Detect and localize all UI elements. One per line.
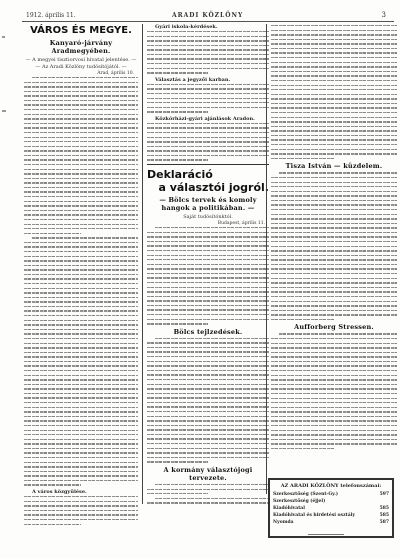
article-subtitle: — A megyei tisztiorvosi hivatal jelentés… — [24, 57, 138, 63]
issue-date: 1912. április 11. — [26, 12, 76, 19]
article-body — [271, 25, 397, 159]
phone-row: Szerkesztőség (Szent-Gy.) 597 — [273, 492, 389, 497]
phone-row: Nyomda 587 — [273, 520, 389, 525]
phone-row: Kiadóhivatal és hirdetési osztály 585 — [273, 513, 389, 518]
end-rule — [308, 534, 344, 535]
article-subhead: Bölcs tejlzedések. — [147, 328, 269, 336]
page-number: 3 — [382, 11, 386, 19]
scan-mark — [2, 110, 6, 112]
headline-line2: a választói jogról. — [147, 181, 269, 194]
article-body — [271, 172, 397, 320]
section-title: VÁROS ÉS MEGYE. — [24, 25, 138, 36]
article-subhead: A kormány választójogi tervezete. — [147, 466, 269, 482]
article-body — [147, 227, 269, 325]
newspaper-title: ARADI KÖZLÖNY — [172, 12, 243, 19]
article-subhead: Aufforberg Stressen. — [271, 323, 397, 331]
column-2: Gyári iskola-kérdések. Választás a jegyz… — [142, 24, 269, 504]
box-title: AZ ARADI KÖZLÖNY telefonszámai: — [273, 483, 389, 489]
column-1: VÁROS ÉS MEGYE. Kanyaró-járvány Aradmegy… — [24, 24, 138, 504]
article-body — [147, 84, 269, 113]
dateline: Arad, április 10. — [24, 71, 134, 76]
header-rule — [22, 21, 394, 22]
article-title: Kanyaró-járvány Aradmegyében. — [24, 39, 138, 55]
scan-mark — [2, 36, 5, 38]
byline: Saját tudósítónktól. — [147, 214, 269, 220]
headline-line1: Deklaráció — [147, 168, 269, 181]
article-body — [147, 123, 269, 161]
article-body — [147, 338, 269, 463]
telephone-numbers-box: AZ ARADI KÖZLÖNY telefonszámai: Szerkesz… — [268, 478, 394, 538]
article-subtitle: — Az Aradi Közlöny tudósítójától. — — [24, 64, 138, 70]
article-subhead: Tisza István — küzdelem. — [271, 162, 397, 170]
article-lead: Választás a jegyzői karban. — [155, 77, 269, 83]
phone-row: Kiadóhivatal 585 — [273, 506, 389, 511]
article-body — [24, 77, 138, 486]
dateline: Budapest, április 11. — [147, 221, 265, 226]
article-subtitle: — Bölcs tervek és komoly hangok a politi… — [147, 196, 269, 212]
article-body — [147, 31, 269, 74]
phone-row: Szerkesztőség (éjjel) — [273, 499, 389, 504]
divider — [147, 164, 269, 165]
article-subhead: Közkórházi-gyári ajánlások Aradon. — [155, 116, 269, 122]
newspaper-page: 1912. április 11. ARADI KÖZLÖNY 3 VÁROS … — [0, 0, 400, 558]
article-body — [147, 484, 269, 504]
article-lead: A város közgyűlése. — [32, 489, 138, 495]
column-3: Tisza István — küzdelem. Aufforberg Stre… — [266, 24, 397, 494]
article-lead: Gyári iskola-kérdések. — [155, 24, 269, 30]
article-body — [271, 333, 397, 449]
article-body — [24, 496, 138, 525]
